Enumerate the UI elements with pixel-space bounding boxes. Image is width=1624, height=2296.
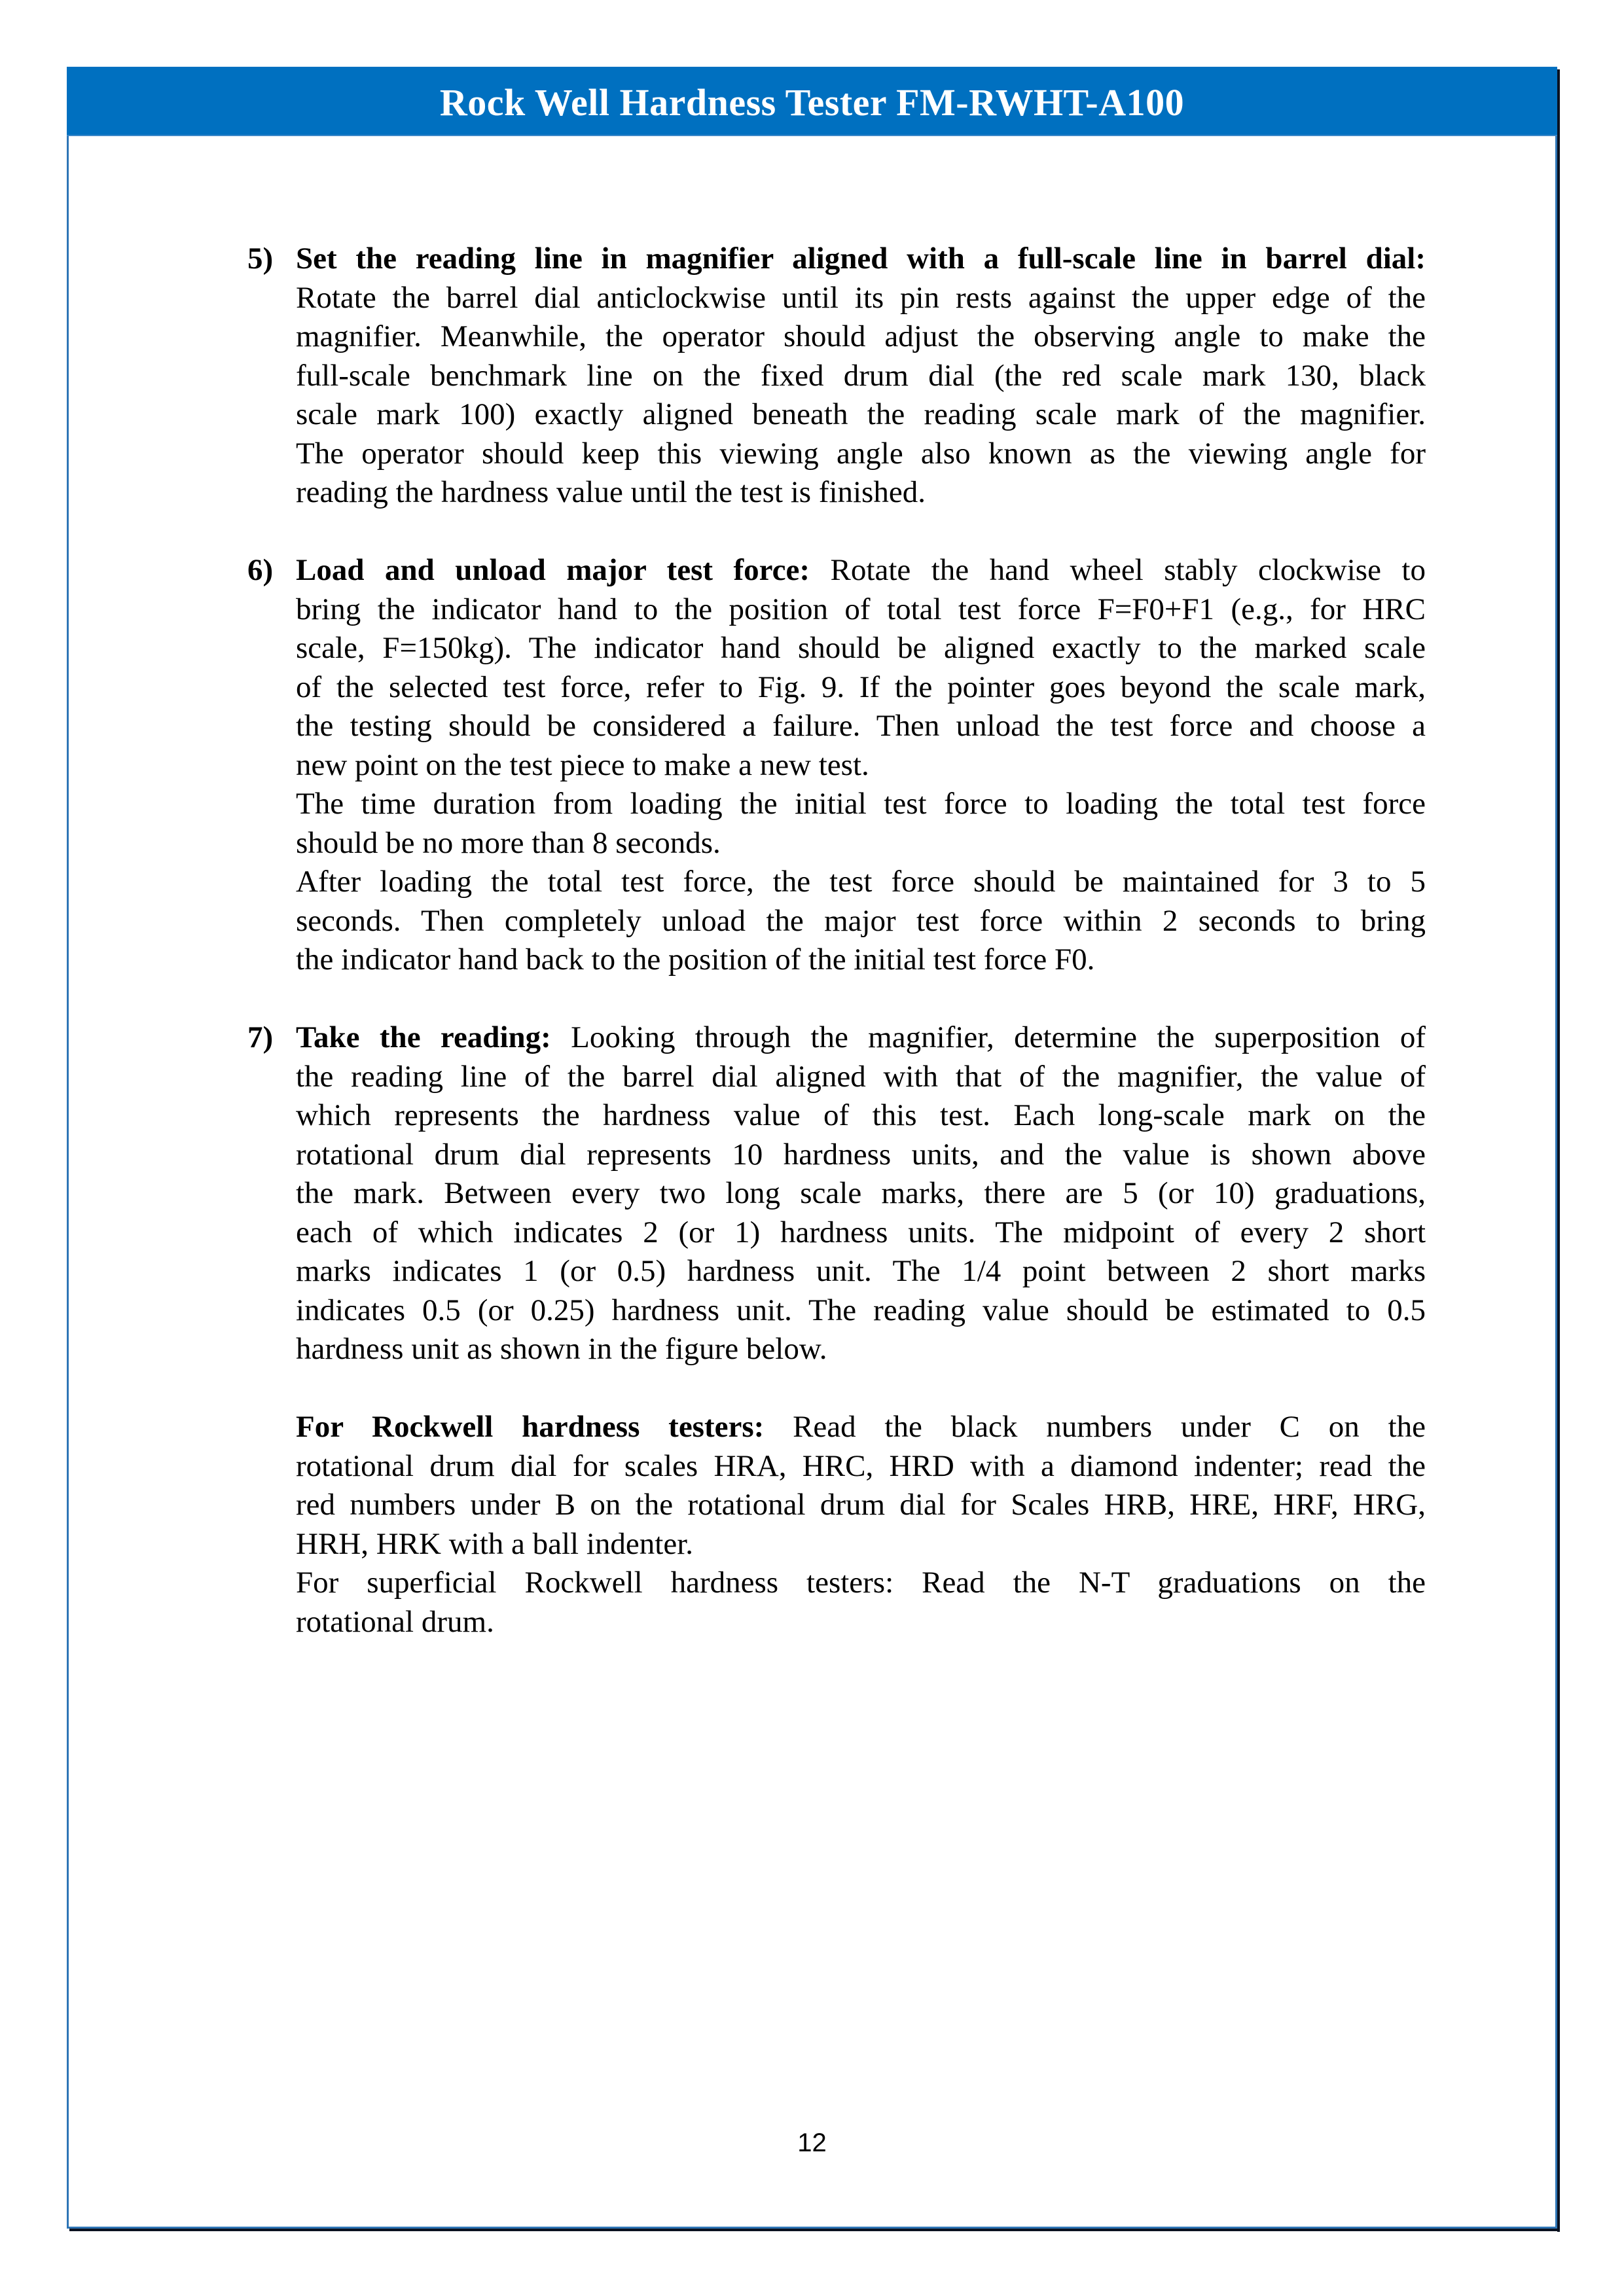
text-line: of the selected test force, refer to Fig… — [296, 668, 1426, 708]
text-line: After loading the total test force, the … — [296, 863, 1426, 902]
text-line: should be no more than 8 seconds. — [296, 824, 1426, 863]
step-number: 6) — [247, 551, 273, 590]
text-line: scale mark 100) exactly aligned beneath … — [296, 395, 1426, 435]
text-line: rotational drum dial represents 10 hardn… — [296, 1136, 1426, 1175]
step-number: 7) — [247, 1018, 273, 1058]
step-5: 5) Set the reading line in magnifier ali… — [247, 240, 1426, 512]
text-line: full-scale benchmark line on the fixed d… — [296, 357, 1426, 396]
text-line: seconds. Then completely unload the majo… — [296, 902, 1426, 941]
text-line: which represents the hardness value of t… — [296, 1096, 1426, 1136]
text-line: marks indicates 1 (or 0.5) hardness unit… — [296, 1252, 1426, 1291]
document-title: Rock Well Hardness Tester FM-RWHT-A100 — [440, 81, 1184, 124]
text-line: the indicator hand back to the position … — [296, 941, 1426, 980]
text-line: the testing should be considered a failu… — [296, 707, 1426, 746]
step-first-line: Load and unload major test force: Rotate… — [296, 551, 1426, 590]
text-line: reading the hardness value until the tes… — [296, 473, 1426, 512]
text-line: new point on the test piece to make a ne… — [296, 746, 1426, 785]
rockwell-first-line: For Rockwell hardness testers: Read the … — [296, 1408, 1426, 1447]
step-6: 6) Load and unload major test force: Rot… — [247, 551, 1426, 980]
page-content: 5) Set the reading line in magnifier ali… — [247, 240, 1426, 1641]
text-line: the mark. Between every two long scale m… — [296, 1174, 1426, 1213]
text-line: The time duration from loading the initi… — [296, 785, 1426, 824]
step-number: 5) — [247, 240, 273, 279]
text-run: Looking through the magnifier, determine… — [551, 1020, 1426, 1054]
page-number: 12 — [0, 2128, 1624, 2158]
text-line: rotational drum dial for scales HRA, HRC… — [296, 1447, 1426, 1486]
text-line: rotational drum. — [296, 1603, 1426, 1642]
text-line: indicates 0.5 (or 0.25) hardness unit. T… — [296, 1291, 1426, 1331]
text-line: HRH, HRK with a ball indenter. — [296, 1525, 1426, 1564]
rockwell-heading: For Rockwell hardness testers: — [296, 1410, 764, 1444]
step-heading: Load and unload major test force: — [296, 553, 810, 587]
text-line: red numbers under B on the rotational dr… — [296, 1486, 1426, 1525]
text-run: Rotate the hand wheel stably clockwise t… — [810, 553, 1426, 587]
text-run: Read the black numbers under C on the — [764, 1410, 1426, 1444]
text-line: Rotate the barrel dial anticlockwise unt… — [296, 279, 1426, 318]
step-heading: Set the reading line in magnifier aligne… — [296, 240, 1426, 279]
text-line: magnifier. Meanwhile, the operator shoul… — [296, 317, 1426, 357]
text-line: hardness unit as shown in the figure bel… — [296, 1330, 1426, 1369]
step-heading: Take the reading: — [296, 1020, 551, 1054]
text-line: each of which indicates 2 (or 1) hardnes… — [296, 1213, 1426, 1253]
frame-shadow-right — [1557, 69, 1560, 2232]
text-line: For superficial Rockwell hardness tester… — [296, 1564, 1426, 1603]
step-7: 7) Take the reading: Looking through the… — [247, 1018, 1426, 1641]
text-line: the reading line of the barrel dial alig… — [296, 1058, 1426, 1097]
text-line: bring the indicator hand to the position… — [296, 590, 1426, 630]
page-header: Rock Well Hardness Tester FM-RWHT-A100 — [67, 67, 1557, 136]
text-line: The operator should keep this viewing an… — [296, 435, 1426, 474]
frame-shadow-bottom — [69, 2229, 1560, 2231]
text-line: scale, F=150kg). The indicator hand shou… — [296, 629, 1426, 668]
step-first-line: Take the reading: Looking through the ma… — [296, 1018, 1426, 1058]
